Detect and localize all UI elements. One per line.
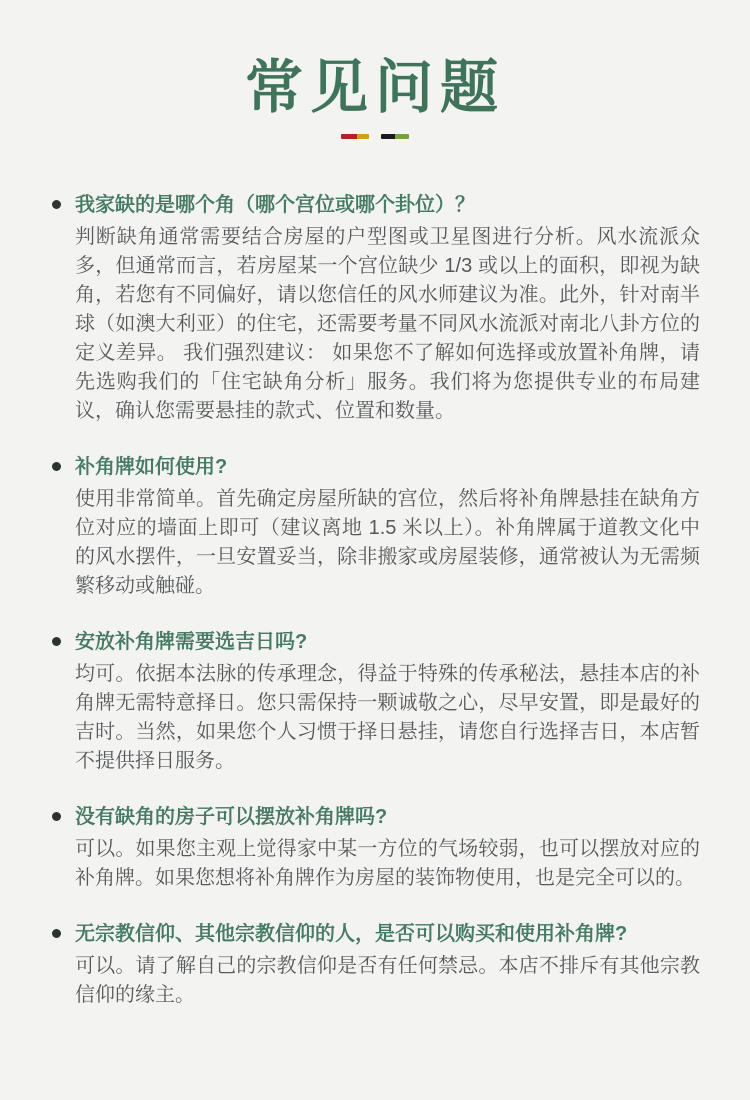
faq-item-3: 安放补角牌需要选吉日吗? 均可。依据本法脉的传承理念，得益于特殊的传承秘法，悬挂… bbox=[50, 628, 700, 776]
faq-item-1: 我家缺的是哪个角（哪个宫位或哪个卦位）？ 判断缺角通常需要结合房屋的户型图或卫星… bbox=[50, 191, 700, 426]
faq-item-2: 补角牌如何使用? 使用非常简单。首先确定房屋所缺的宫位，然后将补角牌悬挂在缺角方… bbox=[50, 453, 700, 601]
faq-content: 补角牌如何使用? 使用非常简单。首先确定房屋所缺的宫位，然后将补角牌悬挂在缺角方… bbox=[75, 453, 700, 601]
faq-content: 无宗教信仰、其他宗教信仰的人，是否可以购买和使用补角牌? 可以。请了解自己的宗教… bbox=[75, 920, 700, 1010]
faq-answer: 可以。如果您主观上觉得家中某一方位的气场较弱，也可以摆放对应的补角牌。如果您想将… bbox=[75, 835, 700, 893]
faq-question: 补角牌如何使用? bbox=[75, 453, 700, 482]
faq-answer: 使用非常简单。首先确定房屋所缺的宫位，然后将补角牌悬挂在缺角方位对应的墙面上即可… bbox=[75, 485, 700, 601]
faq-question: 没有缺角的房子可以摆放补角牌吗? bbox=[75, 803, 700, 832]
faq-list: 我家缺的是哪个角（哪个宫位或哪个卦位）？ 判断缺角通常需要结合房屋的户型图或卫星… bbox=[0, 191, 750, 1010]
bullet-icon bbox=[52, 200, 61, 209]
faq-page: 常见问题 我家缺的是哪个角（哪个宫位或哪个卦位）？ 判断缺角通常需要结合房屋的户… bbox=[0, 0, 750, 1100]
page-title: 常见问题 bbox=[0, 56, 750, 120]
divider-dash-right-icon bbox=[381, 134, 409, 139]
faq-content: 我家缺的是哪个角（哪个宫位或哪个卦位）？ 判断缺角通常需要结合房屋的户型图或卫星… bbox=[75, 191, 700, 426]
bullet-icon bbox=[52, 812, 61, 821]
faq-content: 安放补角牌需要选吉日吗? 均可。依据本法脉的传承理念，得益于特殊的传承秘法，悬挂… bbox=[75, 628, 700, 776]
faq-answer: 可以。请了解自己的宗教信仰是否有任何禁忌。本店不排斥有其他宗教信仰的缘主。 bbox=[75, 952, 700, 1010]
faq-content: 没有缺角的房子可以摆放补角牌吗? 可以。如果您主观上觉得家中某一方位的气场较弱，… bbox=[75, 803, 700, 893]
bullet-icon bbox=[52, 462, 61, 471]
divider-dash-left-icon bbox=[341, 134, 369, 139]
bullet-icon bbox=[52, 929, 61, 938]
faq-answer: 判断缺角通常需要结合房屋的户型图或卫星图进行分析。风水流派众多，但通常而言，若房… bbox=[75, 223, 700, 426]
page-header: 常见问题 bbox=[0, 0, 750, 139]
faq-item-5: 无宗教信仰、其他宗教信仰的人，是否可以购买和使用补角牌? 可以。请了解自己的宗教… bbox=[50, 920, 700, 1010]
faq-answer: 均可。依据本法脉的传承理念，得益于特殊的传承秘法，悬挂本店的补角牌无需特意择日。… bbox=[75, 660, 700, 776]
faq-question: 我家缺的是哪个角（哪个宫位或哪个卦位）？ bbox=[75, 191, 700, 220]
faq-item-4: 没有缺角的房子可以摆放补角牌吗? 可以。如果您主观上觉得家中某一方位的气场较弱，… bbox=[50, 803, 700, 893]
faq-question: 无宗教信仰、其他宗教信仰的人，是否可以购买和使用补角牌? bbox=[75, 920, 700, 949]
bullet-icon bbox=[52, 637, 61, 646]
title-divider bbox=[0, 134, 750, 139]
faq-question: 安放补角牌需要选吉日吗? bbox=[75, 628, 700, 657]
